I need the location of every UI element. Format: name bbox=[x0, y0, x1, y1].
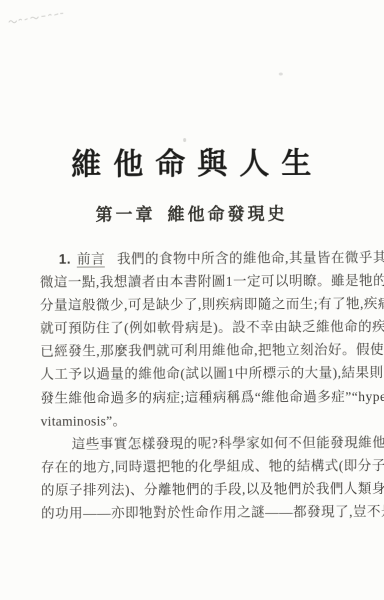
line-text: 我們的食物中所含的維他命,其量皆在微乎其 bbox=[117, 250, 384, 266]
page-scan-layer: 維他命與人生 第一章維他命發現史 1.前言我們的食物中所含的維他命,其量皆在微乎… bbox=[0, 0, 384, 600]
text-line: 分量這般微少,可是缺少了,則疾病即隨之而生;有了牠,疾病 bbox=[40, 292, 350, 317]
book-title: 維他命與人生 bbox=[0, 138, 383, 184]
text-line: 發生維他命過多的病症;這種病稱爲“維他命過多症”“hyper bbox=[40, 385, 350, 410]
section-term: 前言 bbox=[77, 251, 105, 267]
chapter-number: 第一章 bbox=[96, 205, 156, 224]
section-number: 1. bbox=[59, 252, 71, 267]
text-line: 存在的地方,同時還把牠的化學組成、牠的結構式(即分子中 bbox=[41, 454, 351, 479]
text-line: 這些事實怎樣發現的呢?科學家如何不但能發現維他命 bbox=[41, 431, 351, 456]
chapter-title: 維他命發現史 bbox=[168, 204, 288, 224]
text-line-latin: vitaminosis”。 bbox=[41, 408, 351, 433]
faint-stamp-mark bbox=[7, 9, 66, 26]
text-line: 人工予以過量的維他命(試以圖1中所標示的大量),結果則 bbox=[40, 362, 350, 387]
scanned-book-page: 維他命與人生 第一章維他命發現史 1.前言我們的食物中所含的維他命,其量皆在微乎… bbox=[0, 0, 384, 600]
scan-speck bbox=[279, 73, 283, 76]
text-line: 就可預防住了(例如軟骨病是)。設不幸由缺乏維他命的疾病 bbox=[40, 315, 350, 340]
text-line: 的功用——亦即牠對於性命作用之謎——都發現了,豈不是 bbox=[41, 500, 351, 525]
body-text-block: 1.前言我們的食物中所含的維他命,其量皆在微乎其 微這一點,我想讀者由本書附圖1… bbox=[40, 246, 351, 525]
text-line: 已經發生,那麼我們就可利用維他命,把牠立刻治好。假使由 bbox=[40, 339, 350, 364]
text-line: 的原子排列法)、分離牠們的手段,以及牠們於我們人類身體 bbox=[41, 477, 351, 502]
text-line: 1.前言我們的食物中所含的維他命,其量皆在微乎其 bbox=[40, 246, 350, 271]
stamp-squiggle-icon bbox=[7, 10, 66, 27]
chapter-heading: 第一章維他命發現史 bbox=[0, 199, 384, 226]
text-line: 微這一點,我想讀者由本書附圖1一定可以明瞭。雖是牠的 bbox=[40, 269, 350, 294]
